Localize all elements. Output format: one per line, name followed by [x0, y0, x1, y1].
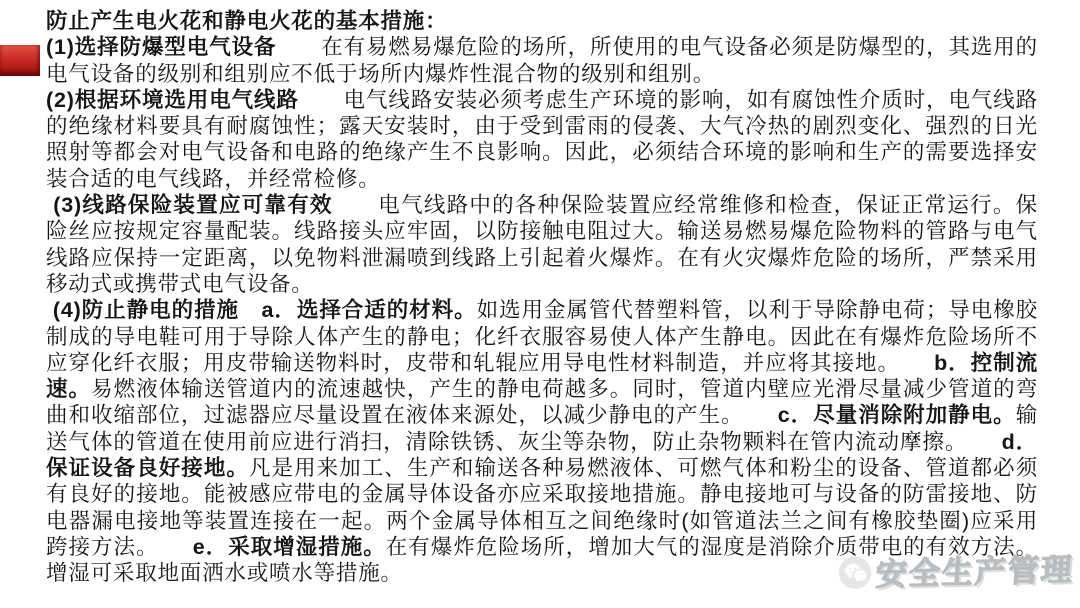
body-text: 防止产生电火花和静电火花的基本措施： (1)选择防爆型电气设备 在有易燃易爆危险…: [46, 8, 1038, 587]
paragraph-heading-segment: (3)线路保险装置应可靠有效: [46, 193, 333, 217]
paragraph: (4)防止静电的措施 a．选择合适的材料。如选用金属管代替塑料管，以利于导除静电…: [46, 297, 1038, 586]
page-title: 防止产生电火花和静电火花的基本措施：: [46, 8, 1038, 34]
paragraph-heading-segment: a．选择合适的材料。: [261, 298, 476, 322]
paragraph-heading-segment: c．尽量消除附加静电。: [778, 403, 1016, 427]
paragraph-heading-segment: (4)防止静电的措施: [46, 298, 239, 322]
paragraph: (1)选择防爆型电气设备 在有易燃易爆危险的场所，所使用的电气设备必须是防爆型的…: [46, 34, 1038, 87]
red-accent-bar: [0, 45, 40, 76]
slide: 防止产生电火花和静电火花的基本措施： (1)选择防爆型电气设备 在有易燃易爆危险…: [0, 0, 1080, 608]
paragraph: (3)线路保险装置应可靠有效 电气线路中的各种保险装置应经常维修和检查，保证正常…: [46, 192, 1038, 297]
paragraph: (2)根据环境选用电气线路 电气线路安装必须考虑生产环境的影响，如有腐蚀性介质时…: [46, 87, 1038, 192]
paragraph-heading-segment: e．采取增湿措施。: [193, 535, 386, 559]
paragraph-text-segment: [239, 298, 261, 322]
paragraph-heading-segment: (1)选择防爆型电气设备: [46, 35, 276, 59]
paragraph-heading-segment: (2)根据环境选用电气线路: [46, 88, 299, 112]
